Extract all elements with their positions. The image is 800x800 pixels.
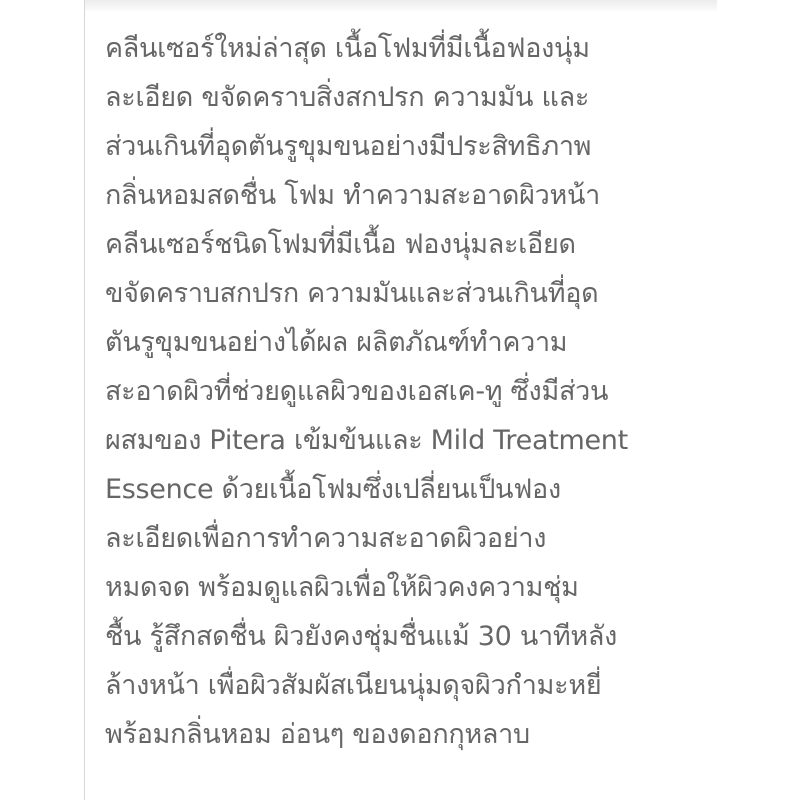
- top-band: [85, 0, 717, 12]
- product-description: คลีนเซอร์ใหม่ล่าสุด เนื้อโฟมที่มีเนื้อฟอ…: [105, 24, 725, 759]
- text-line: คลีนเซอร์ใหม่ล่าสุด เนื้อโฟมที่มีเนื้อฟอ…: [105, 24, 725, 73]
- text-line: ชื้น รู้สึกสดชื่น ผิวยังคงชุ่มชื่นแม้ 30…: [105, 612, 725, 661]
- text-line: คลีนเซอร์ชนิดโฟมที่มีเนื้อ ฟองนุ่มละเอีย…: [105, 220, 725, 269]
- text-line: Essence ด้วยเนื้อโฟมซึ่งเปลี่ยนเป็นฟอง: [105, 465, 725, 514]
- text-line: หมดจด พร้อมดูแลผิวเพื่อให้ผิวคงความชุ่ม: [105, 563, 725, 612]
- text-line: พร้อมกลิ่นหอม อ่อนๆ ของดอกกุหลาบ: [105, 710, 725, 759]
- text-line: ส่วนเกินที่อุดตันรูขุมขนอย่างมีประสิทธิภ…: [105, 122, 725, 171]
- text-line: ละเอียดเพื่อการทำความสะอาดผิวอย่าง: [105, 514, 725, 563]
- text-line: ผสมของ Pitera เข้มข้นและ Mild Treatment: [105, 416, 725, 465]
- text-line: กลิ่นหอมสดชื่น โฟม ทำความสะอาดผิวหน้า: [105, 171, 725, 220]
- text-line: ล้างหน้า เพื่อผิวสัมผัสเนียนนุ่มดุจผิวกำ…: [105, 661, 725, 710]
- text-line: ขจัดคราบสกปรก ความมันและส่วนเกินที่อุด: [105, 269, 725, 318]
- text-line: ตันรูขุมขนอย่างได้ผล ผลิตภัณฑ์ทำความ: [105, 318, 725, 367]
- page: คลีนเซอร์ใหม่ล่าสุด เนื้อโฟมที่มีเนื้อฟอ…: [0, 0, 800, 800]
- text-line: สะอาดผิวที่ช่วยดูแลผิวของเอสเค-ทู ซึ่งมี…: [105, 367, 725, 416]
- content-panel: คลีนเซอร์ใหม่ล่าสุด เนื้อโฟมที่มีเนื้อฟอ…: [84, 0, 717, 800]
- text-line: ละเอียด ขจัดคราบสิ่งสกปรก ความมัน และ: [105, 73, 725, 122]
